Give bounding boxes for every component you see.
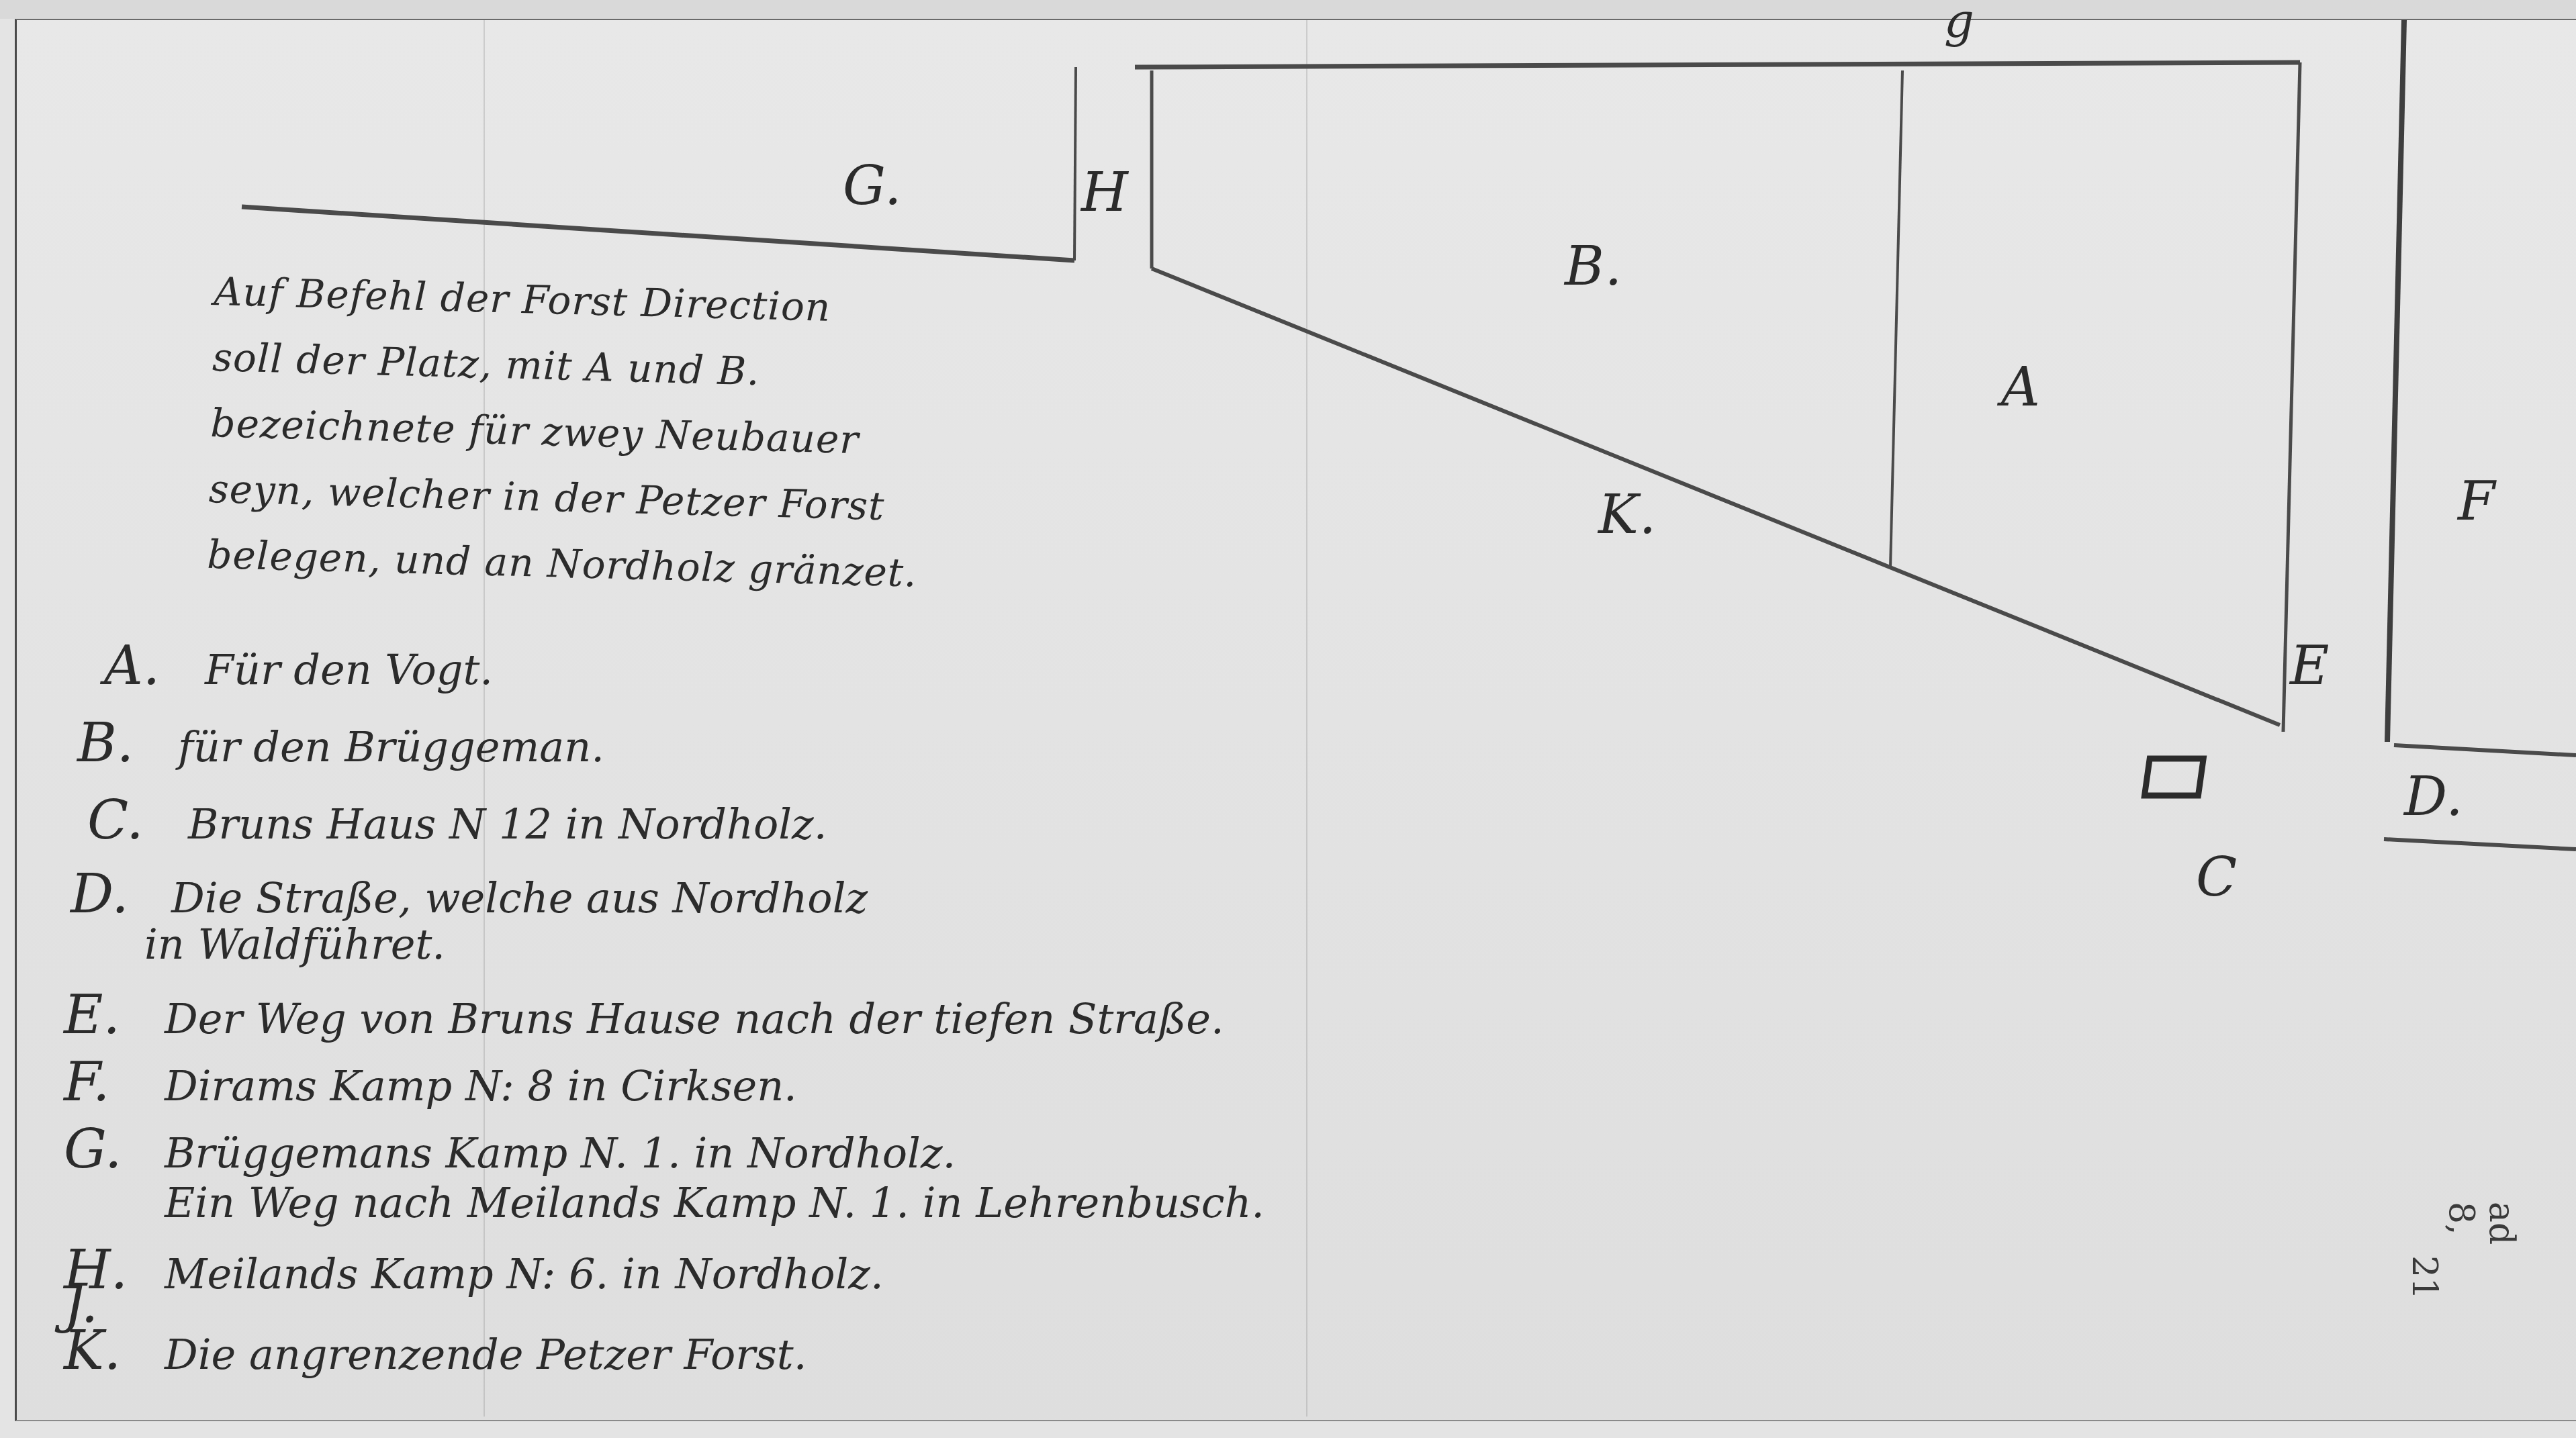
parcel-g-right-line	[1074, 67, 1076, 260]
map-label-g: G.	[843, 154, 902, 217]
road-left-line	[2387, 20, 2404, 742]
legend-item-h: H.Meilands Kamp N: 6. in Nordholz.	[64, 1239, 884, 1301]
map-label-b: B.	[1565, 235, 1622, 297]
legend-item-f: F.Dirams Kamp N: 8 in Cirksen.	[64, 1051, 797, 1113]
legend-text: Der Weg von Bruns Hause nach der tiefen …	[165, 994, 1224, 1043]
parcel-top-line	[1135, 62, 2300, 67]
diagonal-boundary-k	[1152, 269, 2280, 725]
legend-item-g: G.Brüggemans Kamp N. 1. in Nordholz.	[64, 1118, 956, 1180]
legend-key: F.	[64, 1051, 165, 1113]
map-label-a: A	[2001, 356, 2041, 418]
scanned-sheet: G. H B. A K. E F D. C g Auf Befehl der F…	[0, 0, 2576, 1438]
house-c-square	[2144, 759, 2203, 796]
legend-text: Ein Weg nach Meilands Kamp N. 1. in Lehr…	[165, 1178, 1264, 1227]
road-d-bottom-line	[2384, 839, 2576, 849]
legend-item-d-cont: in Waldführet.	[144, 920, 445, 969]
parcel-g-bottom-line	[242, 207, 1074, 260]
legend-key: C.	[87, 789, 188, 851]
legend-text: Für den Vogt.	[205, 645, 493, 694]
legend-text: Brüggemans Kamp N. 1. in Nordholz.	[165, 1129, 956, 1178]
legend-key: E.	[64, 984, 165, 1046]
legend-key: D.	[71, 863, 171, 925]
map-label-c: C	[2196, 846, 2238, 908]
legend-key: A.	[104, 634, 205, 697]
archive-folio-note: ad 8,	[2441, 1202, 2522, 1256]
legend-text: Die angrenzende Petzer Forst.	[165, 1330, 807, 1379]
parcel-a-right-line	[2283, 62, 2300, 732]
legend-text: Die Straße, welche aus Nordholz	[171, 873, 868, 922]
legend-text: Dirams Kamp N: 8 in Cirksen.	[165, 1061, 797, 1110]
legend-item-b: B.für den Brüggeman.	[77, 712, 604, 774]
legend-key: B.	[77, 712, 178, 774]
archive-page-number: 21	[2404, 1255, 2444, 1300]
legend-item-g-cont: Ein Weg nach Meilands Kamp N. 1. in Lehr…	[165, 1178, 1264, 1227]
map-label-e: E	[2290, 634, 2330, 697]
legend-item-a: A.Für den Vogt.	[104, 634, 493, 697]
legend-item-c: C.Bruns Haus N 12 in Nordholz.	[87, 789, 827, 851]
map-label-f: F	[2458, 470, 2496, 532]
map-label-top-mark: g	[1944, 0, 1975, 48]
legend-text: Bruns Haus N 12 in Nordholz.	[188, 800, 827, 849]
intro-paragraph: Auf Befehl der Forst Direction soll der …	[206, 258, 925, 606]
parcel-divider-a-b	[1890, 70, 1902, 567]
legend-item-e: E.Der Weg von Bruns Hause nach der tiefe…	[64, 984, 1224, 1046]
legend-key: G.	[64, 1118, 165, 1180]
road-d-top-line	[2394, 745, 2576, 755]
legend-item-d: D.Die Straße, welche aus Nordholz	[71, 863, 868, 925]
legend-text: für den Brüggeman.	[178, 722, 604, 771]
map-label-d: D.	[2404, 765, 2464, 828]
legend-text: in Waldführet.	[144, 920, 445, 969]
legend-item-k: K.Die angrenzende Petzer Forst.	[64, 1319, 807, 1382]
map-label-k: K.	[1598, 483, 1657, 546]
legend-key: K.	[64, 1319, 165, 1382]
legend-text: Meilands Kamp N: 6. in Nordholz.	[165, 1249, 884, 1298]
map-label-h: H	[1081, 161, 1129, 224]
